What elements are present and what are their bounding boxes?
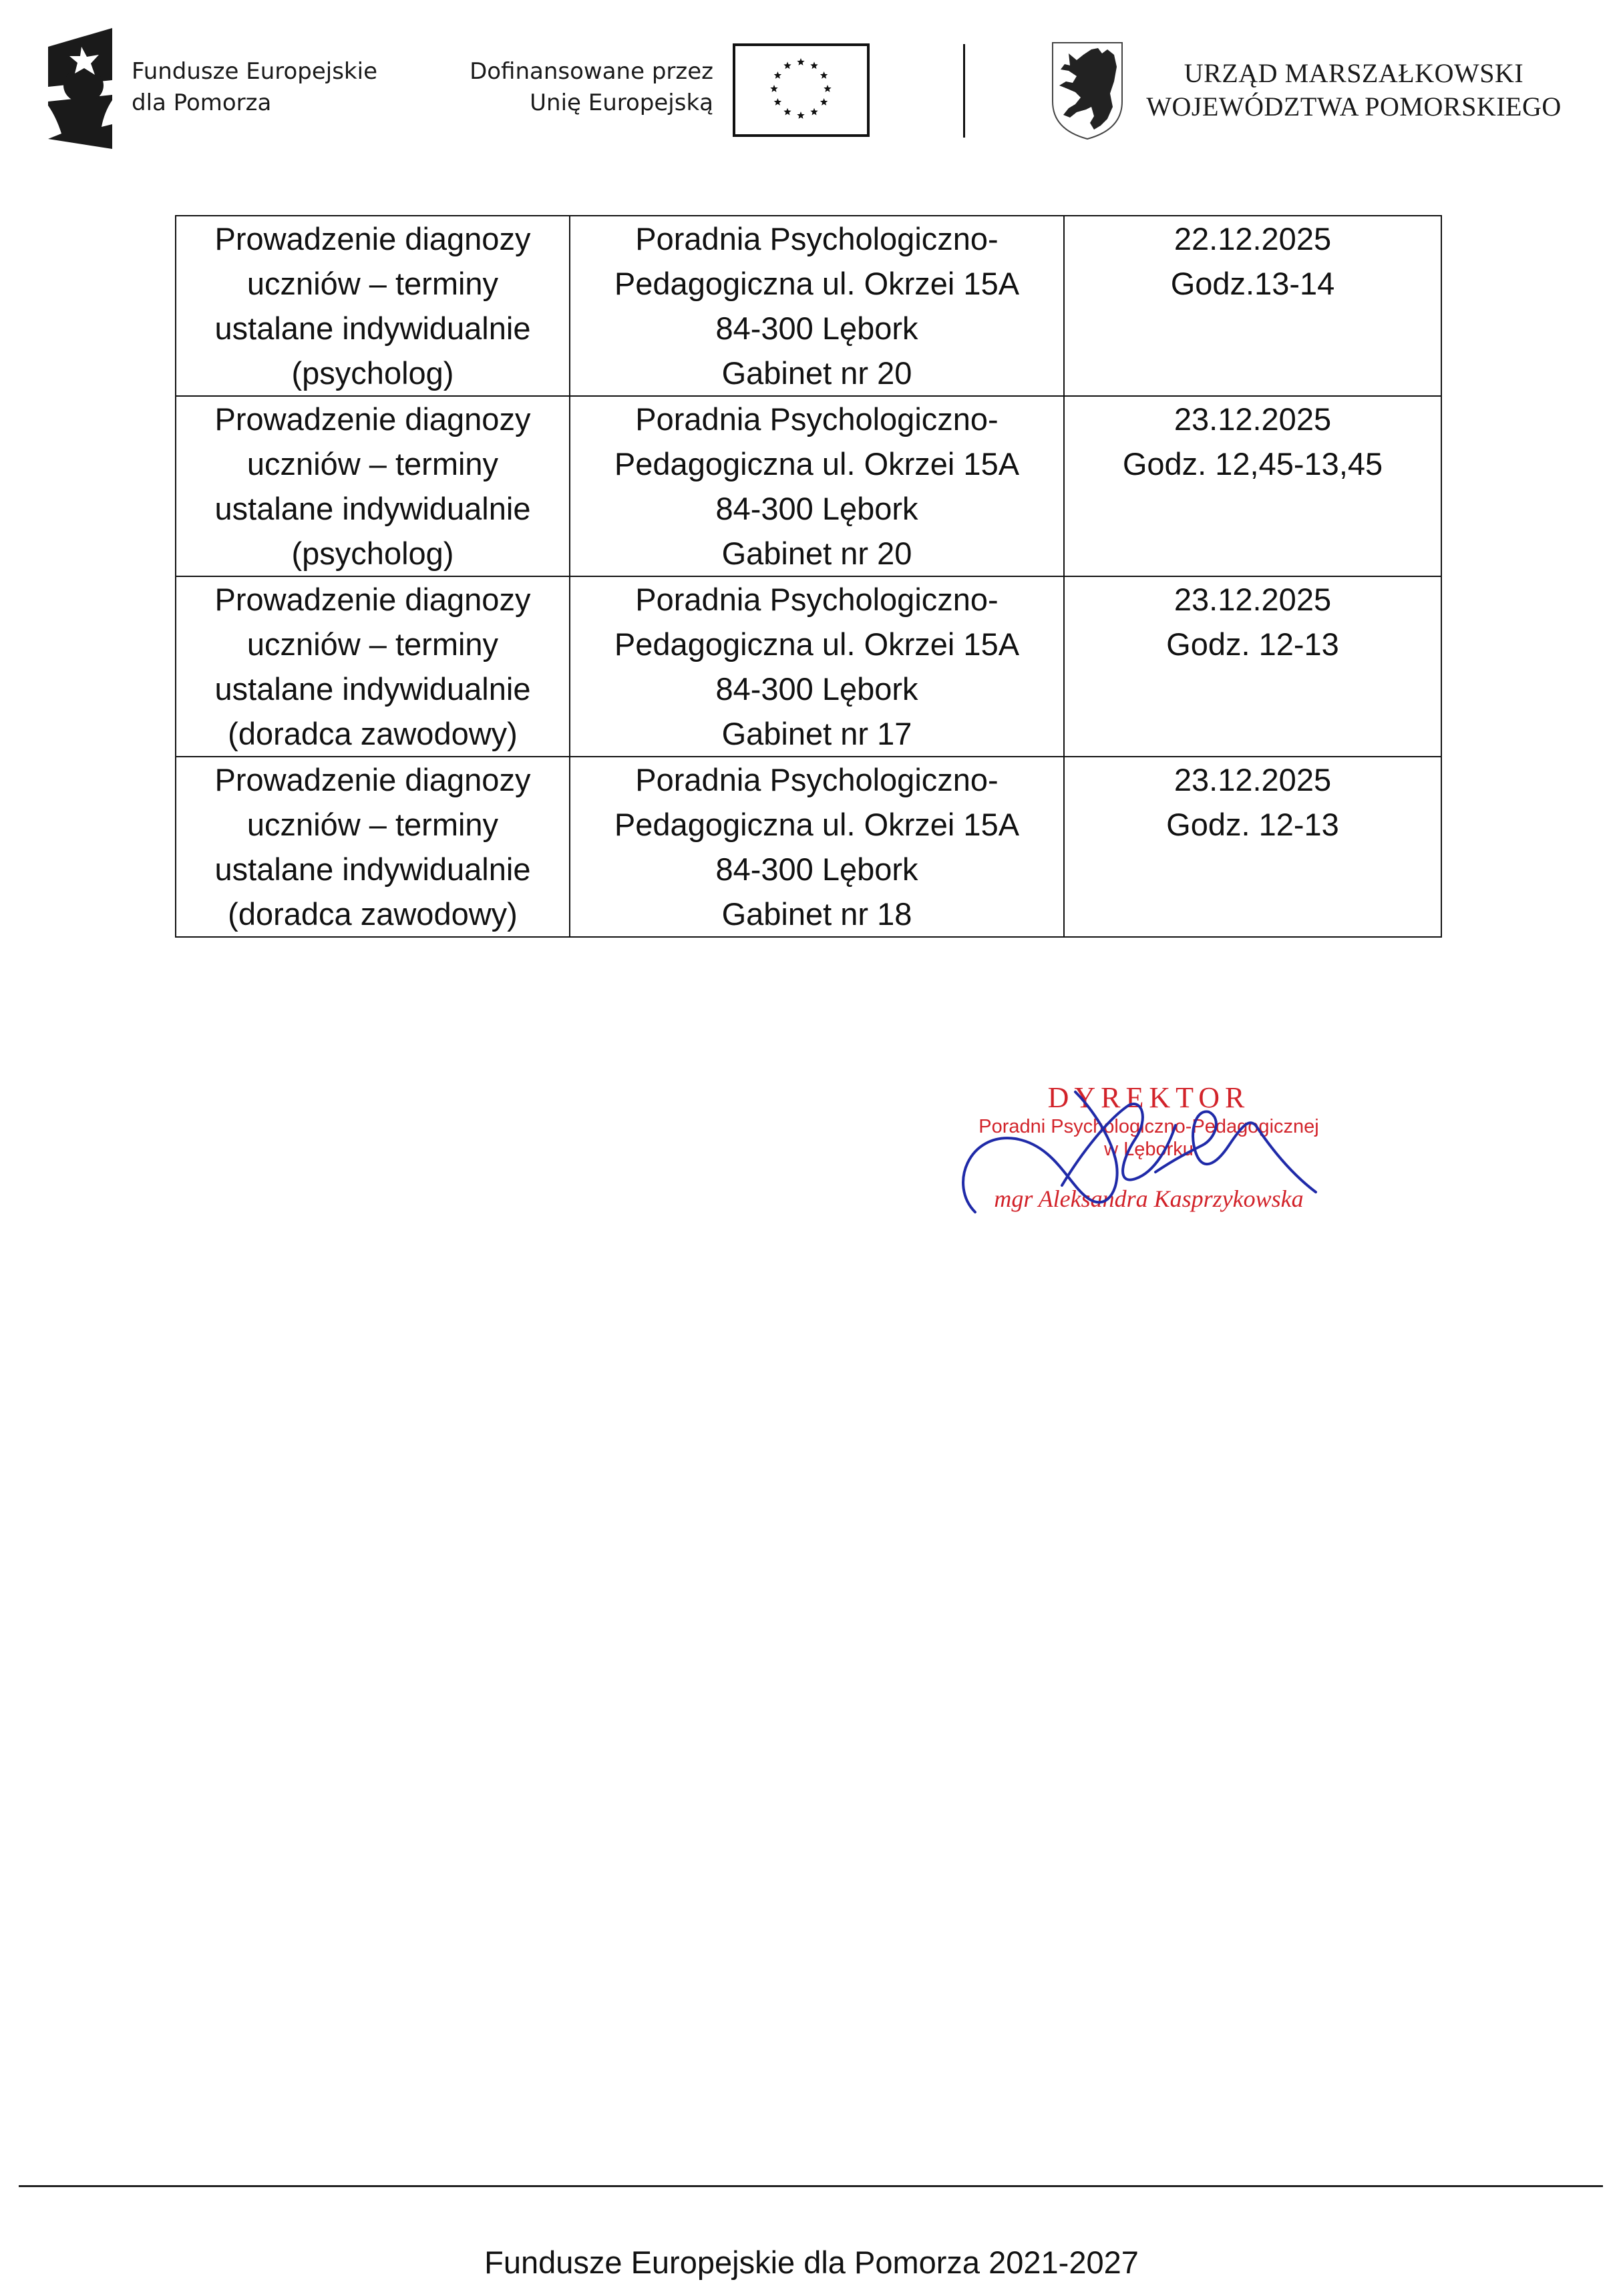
location-line: Pedagogiczna ul. Okrzei 15A: [570, 802, 1063, 847]
activity-line: Prowadzenie diagnozy: [176, 577, 569, 622]
when-line: Godz. 12-13: [1065, 802, 1441, 847]
activity-line: ustalane indywidualnie: [176, 486, 569, 531]
fe-pomorze-logo-icon: [47, 27, 114, 150]
fe-pomorze-label: Fundusze Europejskie dla Pomorza: [132, 56, 377, 119]
activity-line: Prowadzenie diagnozy: [176, 216, 569, 261]
cofinancing-line1: Dofinansowane przez: [427, 56, 713, 87]
location-line: Gabinet nr 18: [570, 892, 1063, 936]
cofinancing-label: Dofinansowane przez Unię Europejską: [427, 56, 713, 119]
location-line: Poradnia Psychologiczno-: [570, 577, 1063, 622]
location-line: Pedagogiczna ul. Okrzei 15A: [570, 622, 1063, 666]
eu-flag-icon: [733, 43, 870, 137]
when-line: 22.12.2025: [1065, 216, 1441, 261]
activity-line: ustalane indywidualnie: [176, 306, 569, 351]
schedule-table: Prowadzenie diagnozyuczniów – terminyust…: [175, 215, 1442, 938]
activity-line: uczniów – terminy: [176, 261, 569, 306]
stamp-city: w Lęborku: [948, 1138, 1349, 1161]
activity-line: (doradca zawodowy): [176, 892, 569, 936]
header-divider: [963, 44, 965, 138]
activity-line: uczniów – terminy: [176, 622, 569, 666]
location-line: 84-300 Lębork: [570, 666, 1063, 711]
location-line: Poradnia Psychologiczno-: [570, 216, 1063, 261]
fe-pomorze-line2: dla Pomorza: [132, 87, 377, 119]
activity-line: Prowadzenie diagnozy: [176, 757, 569, 802]
pomorskie-griffin-crest-icon: [1050, 40, 1125, 140]
table-row: Prowadzenie diagnozyuczniów – terminyust…: [176, 216, 1441, 396]
footer-divider: [19, 2185, 1603, 2187]
authority-label: URZĄD MARSZAŁKOWSKI WOJEWÓDZTWA POMORSKI…: [1143, 57, 1564, 124]
activity-cell: Prowadzenie diagnozyuczniów – terminyust…: [176, 576, 570, 757]
table-row: Prowadzenie diagnozyuczniów – terminyust…: [176, 396, 1441, 576]
activity-line: ustalane indywidualnie: [176, 847, 569, 892]
footer-text: Fundusze Europejskie dla Pomorza 2021-20…: [0, 2243, 1623, 2283]
date-time-cell: 23.12.2025Godz. 12-13: [1064, 757, 1441, 937]
location-line: Gabinet nr 20: [570, 531, 1063, 576]
when-line: Godz.13-14: [1065, 261, 1441, 306]
authority-line1: URZĄD MARSZAŁKOWSKI: [1143, 57, 1564, 90]
date-time-cell: 23.12.2025Godz. 12-13: [1064, 576, 1441, 757]
activity-line: uczniów – terminy: [176, 441, 569, 486]
fe-pomorze-line1: Fundusze Europejskie: [132, 56, 377, 87]
when-line: 23.12.2025: [1065, 757, 1441, 802]
activity-line: (psycholog): [176, 351, 569, 395]
date-time-cell: 23.12.2025Godz. 12,45-13,45: [1064, 396, 1441, 576]
location-line: Gabinet nr 17: [570, 711, 1063, 756]
activity-cell: Prowadzenie diagnozyuczniów – terminyust…: [176, 216, 570, 396]
location-cell: Poradnia Psychologiczno-Pedagogiczna ul.…: [570, 757, 1064, 937]
location-line: Pedagogiczna ul. Okrzei 15A: [570, 261, 1063, 306]
when-line: Godz. 12,45-13,45: [1065, 441, 1441, 486]
location-line: 84-300 Lębork: [570, 847, 1063, 892]
table-row: Prowadzenie diagnozyuczniów – terminyust…: [176, 576, 1441, 757]
activity-cell: Prowadzenie diagnozyuczniów – terminyust…: [176, 757, 570, 937]
activity-line: (psycholog): [176, 531, 569, 576]
activity-cell: Prowadzenie diagnozyuczniów – terminyust…: [176, 396, 570, 576]
cofinancing-line2: Unię Europejską: [427, 87, 713, 119]
activity-line: Prowadzenie diagnozy: [176, 397, 569, 441]
stamp-signatory-name: mgr Aleksandra Kasprzykowska: [948, 1185, 1349, 1212]
location-line: Poradnia Psychologiczno-: [570, 757, 1063, 802]
location-line: Pedagogiczna ul. Okrzei 15A: [570, 441, 1063, 486]
when-line: 23.12.2025: [1065, 397, 1441, 441]
location-cell: Poradnia Psychologiczno-Pedagogiczna ul.…: [570, 396, 1064, 576]
location-line: 84-300 Lębork: [570, 486, 1063, 531]
when-line: Godz. 12-13: [1065, 622, 1441, 666]
stamp-organization: Poradni Psychologiczno-Pedagogicznej: [948, 1115, 1349, 1138]
location-cell: Poradnia Psychologiczno-Pedagogiczna ul.…: [570, 576, 1064, 757]
location-line: Gabinet nr 20: [570, 351, 1063, 395]
location-line: Poradnia Psychologiczno-: [570, 397, 1063, 441]
date-time-cell: 22.12.2025Godz.13-14: [1064, 216, 1441, 396]
when-line: 23.12.2025: [1065, 577, 1441, 622]
activity-line: (doradca zawodowy): [176, 711, 569, 756]
authority-line2: WOJEWÓDZTWA POMORSKIEGO: [1143, 90, 1564, 124]
location-cell: Poradnia Psychologiczno-Pedagogiczna ul.…: [570, 216, 1064, 396]
table-row: Prowadzenie diagnozyuczniów – terminyust…: [176, 757, 1441, 937]
activity-line: ustalane indywidualnie: [176, 666, 569, 711]
location-line: 84-300 Lębork: [570, 306, 1063, 351]
stamp-title: DYREKTOR: [948, 1082, 1349, 1114]
activity-line: uczniów – terminy: [176, 802, 569, 847]
